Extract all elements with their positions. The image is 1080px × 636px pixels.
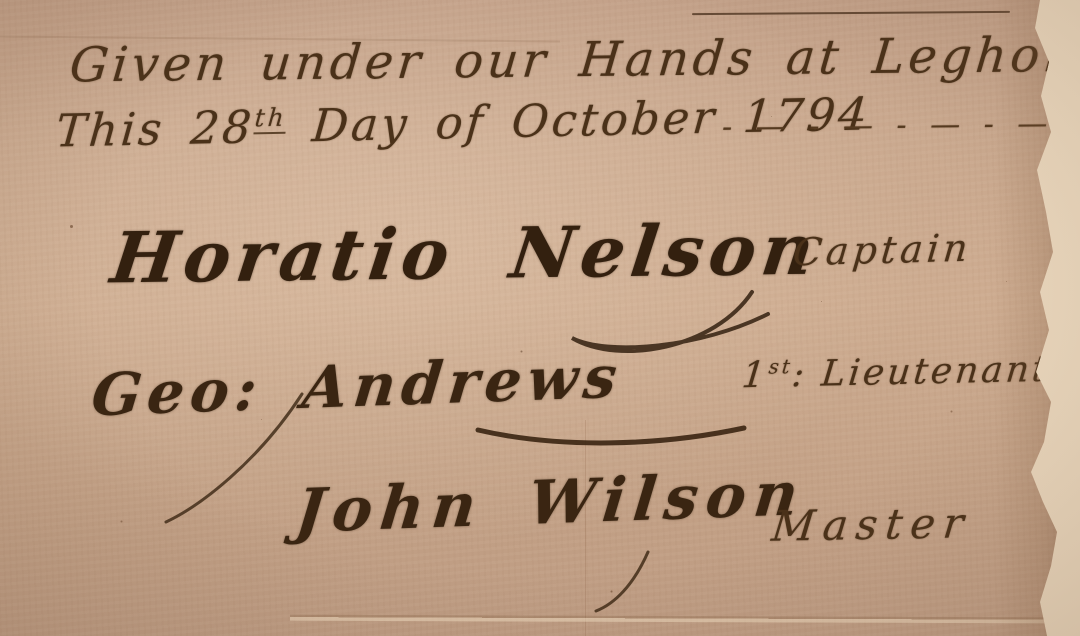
signature-geo-andrews: Geo: Andrews [89, 343, 626, 430]
ink-rule-line [692, 11, 1010, 15]
rank-text: : Lieutenant [790, 349, 1052, 395]
date-text: This 28 [54, 100, 256, 157]
andrews-underline-flourish [478, 428, 744, 443]
foxing-spots [70, 225, 73, 228]
manuscript-paper: Given under our Hands at Leghorn This 28… [0, 0, 1080, 636]
superscript-ordinal-th: th [253, 103, 287, 135]
rank-number: 1 [740, 355, 770, 397]
rank-captain: Captain [791, 226, 974, 275]
trailing-dashes: - — - — - — - — [722, 106, 1055, 144]
manuscript-photograph: Given under our Hands at Leghorn This 28… [0, 0, 1080, 636]
signature-john-wilson: John Wilson [292, 459, 809, 547]
paper-fold-bottom [290, 615, 1046, 624]
nelson-flourish [572, 292, 768, 351]
rank-first-lieutenant: 1st: Lieutenant [740, 349, 1052, 397]
signature-horatio-nelson: Horatio Nelson [107, 208, 825, 300]
text-line-given-under-hands: Given under our Hands at Leghorn [67, 27, 1080, 94]
superscript-ordinal-st: st [768, 355, 794, 379]
rank-master: Master [769, 498, 974, 551]
john-descender-flourish [596, 552, 648, 611]
